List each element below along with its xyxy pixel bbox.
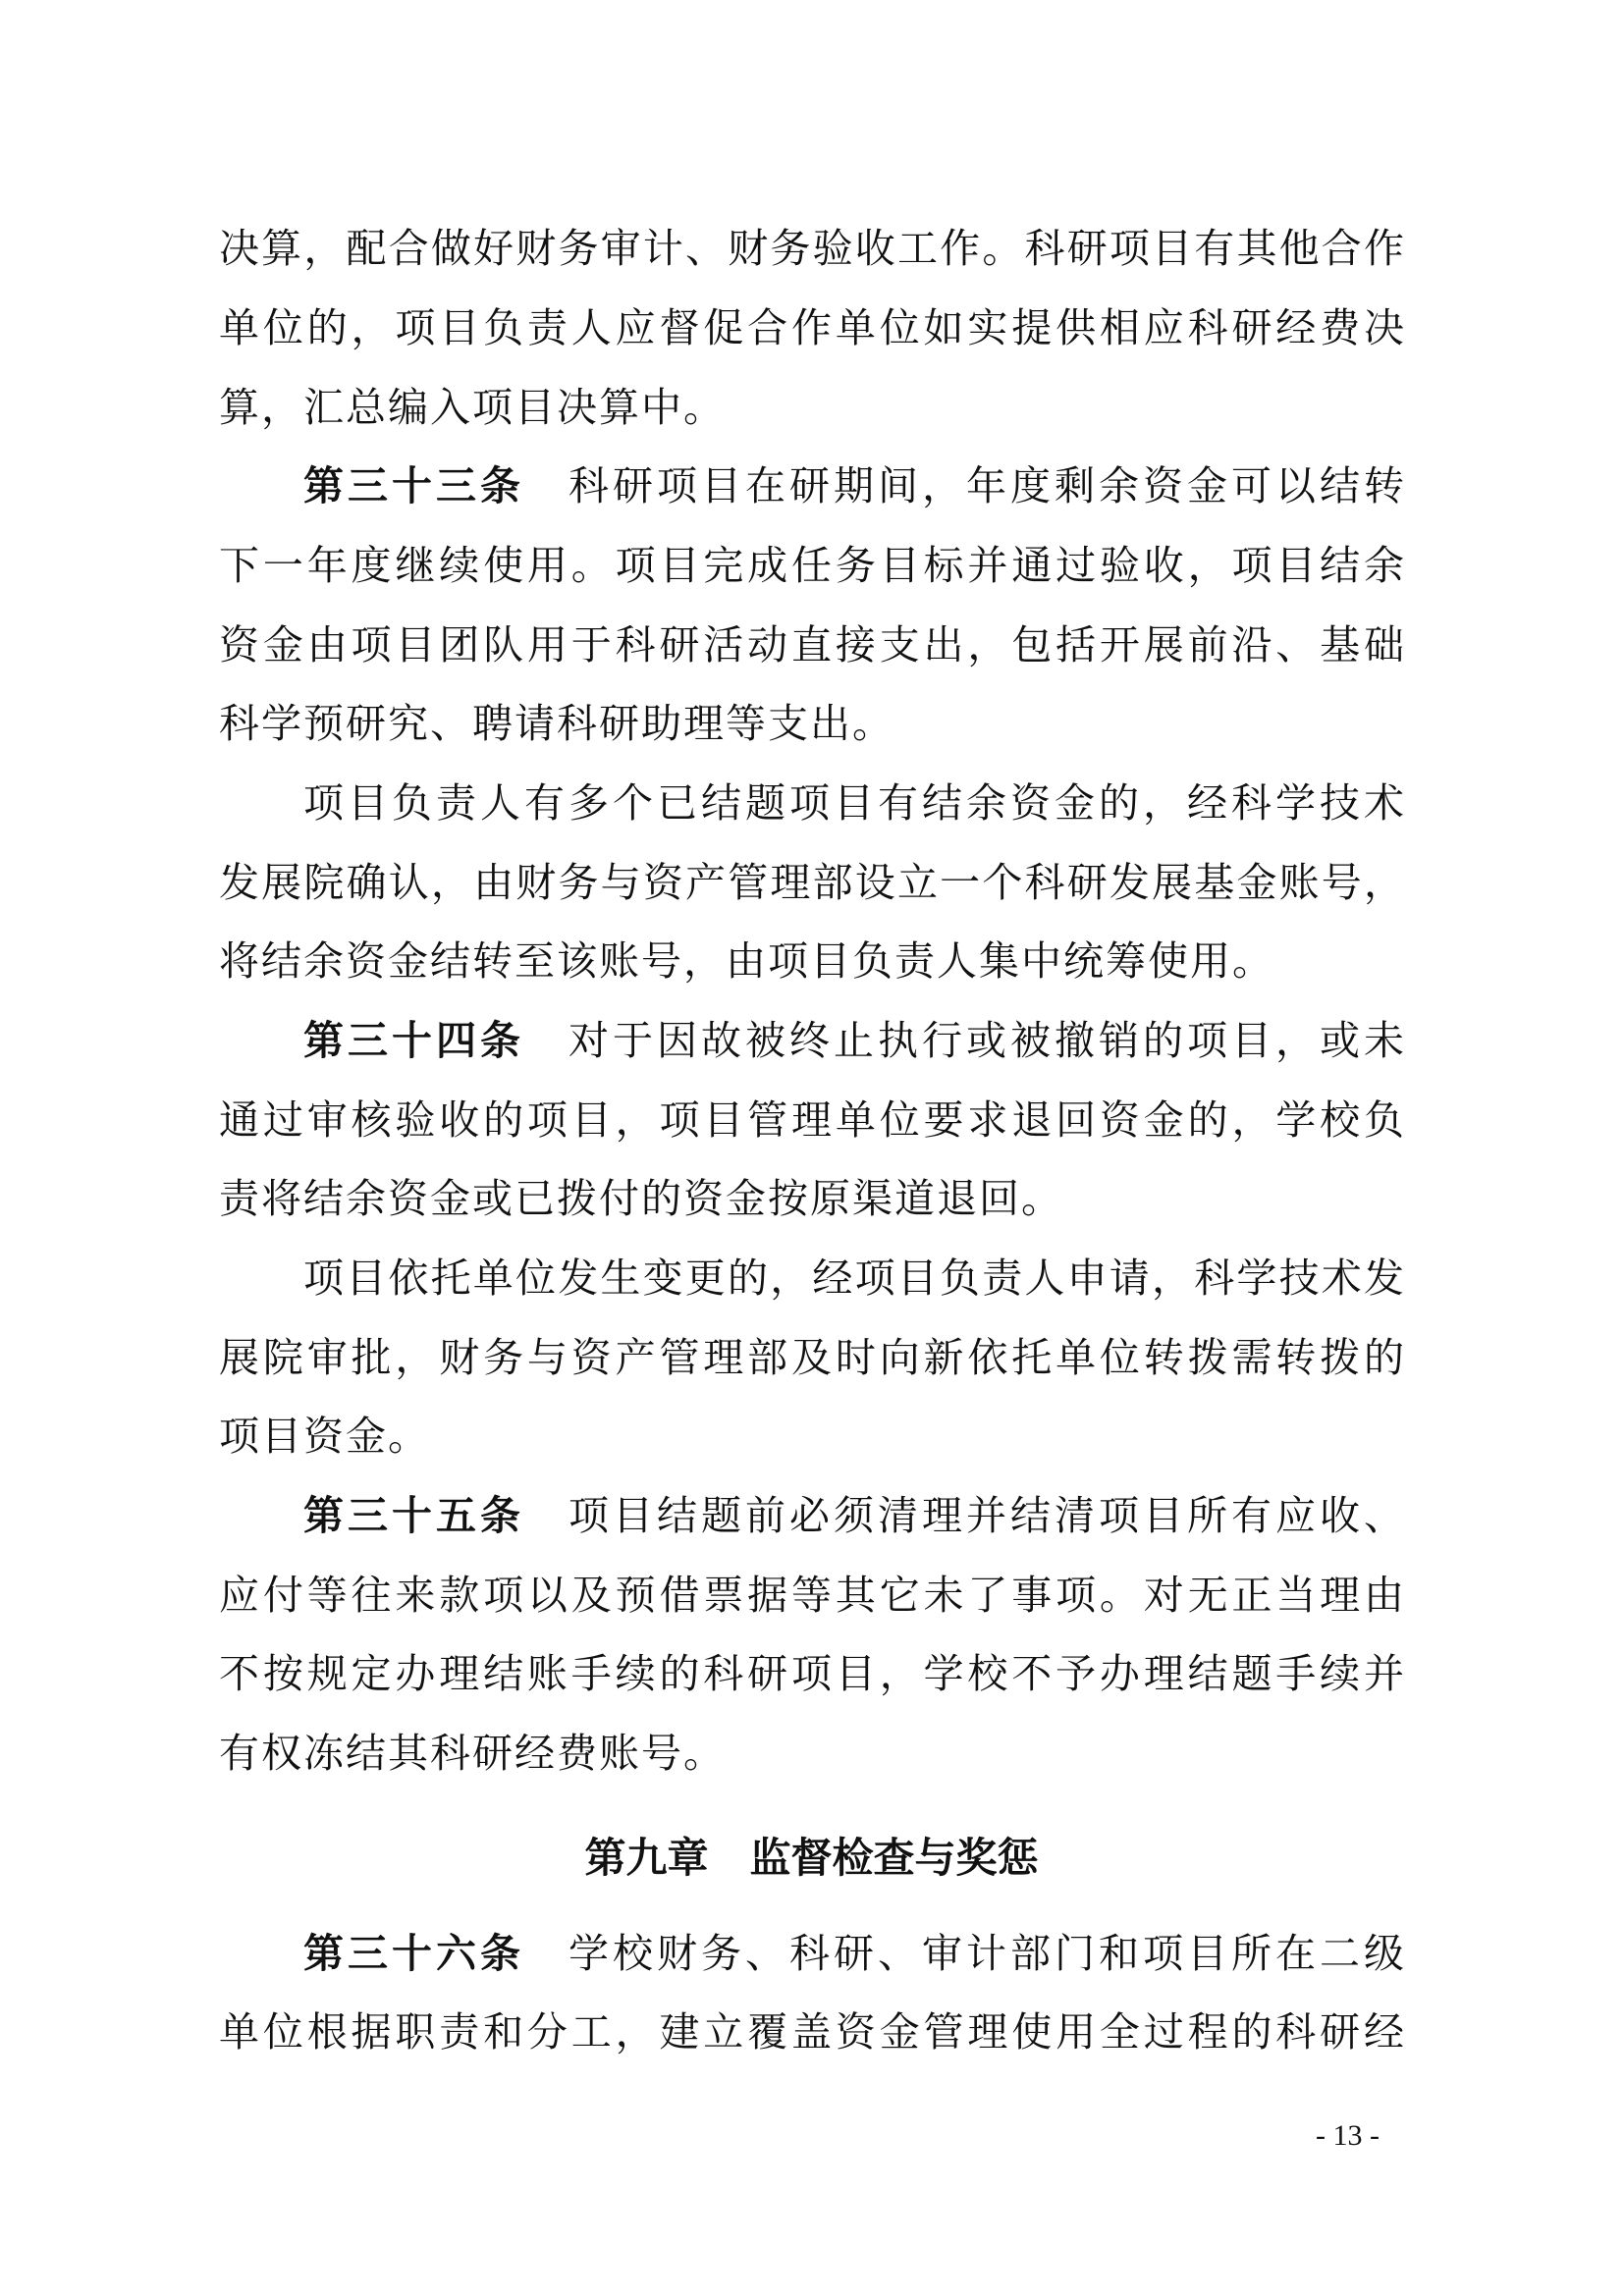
body-line: 通过审核验收的项目，项目管理单位要求退回资金的，学校负	[219, 1097, 1404, 1143]
article-label: 第三十五条	[303, 1492, 524, 1539]
body-line: 将结余资金结转至该账号，由项目负责人集中统筹使用。	[219, 938, 1404, 984]
article-text: 项目结题前必须清理并结清项目所有应收、	[524, 1492, 1404, 1539]
article-text: 学校财务、科研、审计部门和项目所在二级	[524, 1930, 1404, 1977]
page-number: - 13 -	[1276, 2118, 1419, 2154]
article-35-first-line: 第三十五条 项目结题前必须清理并结清项目所有应收、	[303, 1493, 1404, 1538]
body-line: 项目负责人有多个已结题项目有结余资金的，经科学技术	[303, 780, 1404, 826]
body-line: 发展院确认，由财务与资产管理部设立一个科研发展基金账号，	[219, 860, 1404, 905]
body-line: 不按规定办理结账手续的科研项目，学校不予办理结题手续并	[219, 1651, 1404, 1696]
body-line: 决算，配合做好财务审计、财务验收工作。科研项目有其他合作	[219, 226, 1404, 271]
body-line: 单位的，项目负责人应督促合作单位如实提供相应科研经费决	[219, 305, 1404, 350]
article-label: 第三十四条	[303, 1017, 524, 1064]
body-line: 展院审批，财务与资产管理部及时向新依托单位转拨需转拨的	[219, 1335, 1404, 1380]
article-label: 第三十三条	[303, 462, 524, 509]
article-33-first-line: 第三十三条 科研项目在研期间，年度剩余资金可以结转	[303, 463, 1404, 508]
article-34-first-line: 第三十四条 对于因故被终止执行或被撤销的项目，或未	[303, 1018, 1404, 1063]
body-line: 下一年度继续使用。项目完成任务目标并通过验收，项目结余	[219, 543, 1404, 588]
article-36-first-line: 第三十六条 学校财务、科研、审计部门和项目所在二级	[303, 1931, 1404, 1976]
body-line: 项目资金。	[219, 1414, 1404, 1459]
body-line: 资金由项目团队用于科研活动直接支出，包括开展前沿、基础	[219, 622, 1404, 667]
body-line: 有权冻结其科研经费账号。	[219, 1731, 1404, 1776]
article-text: 对于因故被终止执行或被撤销的项目，或未	[524, 1017, 1404, 1064]
body-line: 项目依托单位发生变更的，经项目负责人申请，科学技术发	[303, 1255, 1404, 1301]
article-text: 科研项目在研期间，年度剩余资金可以结转	[524, 462, 1404, 509]
body-line: 科学预研究、聘请科研助理等支出。	[219, 701, 1404, 746]
body-line: 单位根据职责和分工，建立覆盖资金管理使用全过程的科研经	[219, 2009, 1404, 2055]
body-line: 责将结余资金或已拨付的资金按原渠道退回。	[219, 1176, 1404, 1221]
body-line: 算，汇总编入项目决算中。	[219, 385, 1404, 430]
document-page: 决算，配合做好财务审计、财务验收工作。科研项目有其他合作 单位的，项目负责人应督…	[0, 0, 1624, 2296]
article-label: 第三十六条	[303, 1930, 524, 1977]
chapter-heading: 第九章 监督检查与奖惩	[219, 1834, 1404, 1883]
body-line: 应付等往来款项以及预借票据等其它未了事项。对无正当理由	[219, 1573, 1404, 1618]
